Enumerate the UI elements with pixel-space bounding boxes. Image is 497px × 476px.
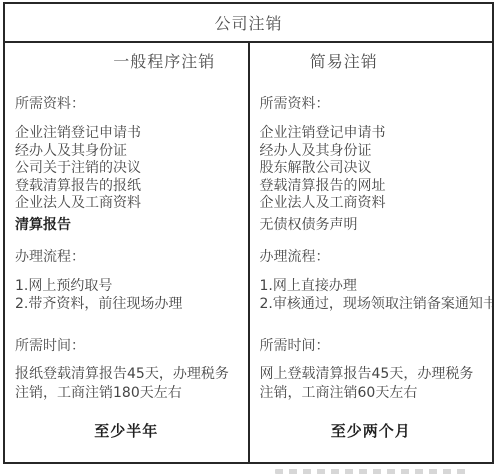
time-text: 网上登载清算报告45天，办理税务注销，工商注销60天左右 (260, 365, 483, 402)
materials-list: 企业注销登记申请书 经办人及其身份证 公司关于注销的决议 登载清算报告的报纸 企… (15, 125, 238, 213)
minimum-time-summary: 至少两个月 (331, 423, 411, 441)
materials-item: 企业法人及工商资料 (260, 195, 483, 213)
materials-final-item: 清算报告 (15, 217, 238, 235)
time-heading: 所需时间： (260, 337, 483, 355)
page-title: 公司注销 (5, 4, 492, 43)
deregistration-table: 公司注销 一般程序注销 所需资料： 企业注销登记申请书 经办人及其身份证 公司关… (3, 2, 494, 464)
minimum-time-summary: 至少半年 (94, 423, 158, 441)
materials-heading: 所需资料： (260, 95, 483, 113)
materials-heading: 所需资料： (15, 95, 238, 113)
time-text: 报纸登载清算报告45天，办理税务注销，工商注销180天左右 (15, 365, 238, 402)
materials-item: 企业注销登记申请书 (260, 125, 483, 143)
column-header-simple: 简易注销 (310, 51, 378, 73)
materials-item: 登载清算报告的网址 (260, 178, 483, 196)
materials-final-item: 无债权债务声明 (260, 217, 483, 235)
materials-item: 经办人及其身份证 (15, 143, 238, 161)
materials-item: 公司关于注销的决议 (15, 160, 238, 178)
process-steps: 1.网上直接办理 2.审核通过，现场领取注销备案通知书 (260, 278, 483, 313)
process-step: 1.网上预约取号 (15, 278, 238, 296)
time-heading: 所需时间： (15, 337, 238, 355)
materials-item: 企业注销登记申请书 (15, 125, 238, 143)
simple-procedure-column: 简易注销 所需资料： 企业注销登记申请书 经办人及其身份证 股东解散公司决议 登… (250, 43, 493, 462)
clipped-watermark-remnant (275, 469, 470, 474)
process-heading: 办理流程： (15, 248, 238, 266)
comparison-columns: 一般程序注销 所需资料： 企业注销登记申请书 经办人及其身份证 公司关于注销的决… (5, 43, 492, 462)
materials-item: 经办人及其身份证 (260, 143, 483, 161)
process-step: 2.带齐资料，前往现场办理 (15, 296, 238, 314)
company-deregistration-infographic: 公司注销 一般程序注销 所需资料： 企业注销登记申请书 经办人及其身份证 公司关… (0, 0, 497, 476)
process-steps: 1.网上预约取号 2.带齐资料，前往现场办理 (15, 278, 238, 313)
materials-item: 股东解散公司决议 (260, 160, 483, 178)
process-step: 2.审核通过，现场领取注销备案通知书 (260, 296, 483, 314)
materials-item: 企业法人及工商资料 (15, 195, 238, 213)
materials-list: 企业注销登记申请书 经办人及其身份证 股东解散公司决议 登载清算报告的网址 企业… (260, 125, 483, 213)
process-step: 1.网上直接办理 (260, 278, 483, 296)
general-procedure-column: 一般程序注销 所需资料： 企业注销登记申请书 经办人及其身份证 公司关于注销的决… (5, 43, 250, 462)
column-header-general: 一般程序注销 (113, 51, 215, 73)
process-heading: 办理流程： (260, 248, 483, 266)
materials-item: 登载清算报告的报纸 (15, 178, 238, 196)
